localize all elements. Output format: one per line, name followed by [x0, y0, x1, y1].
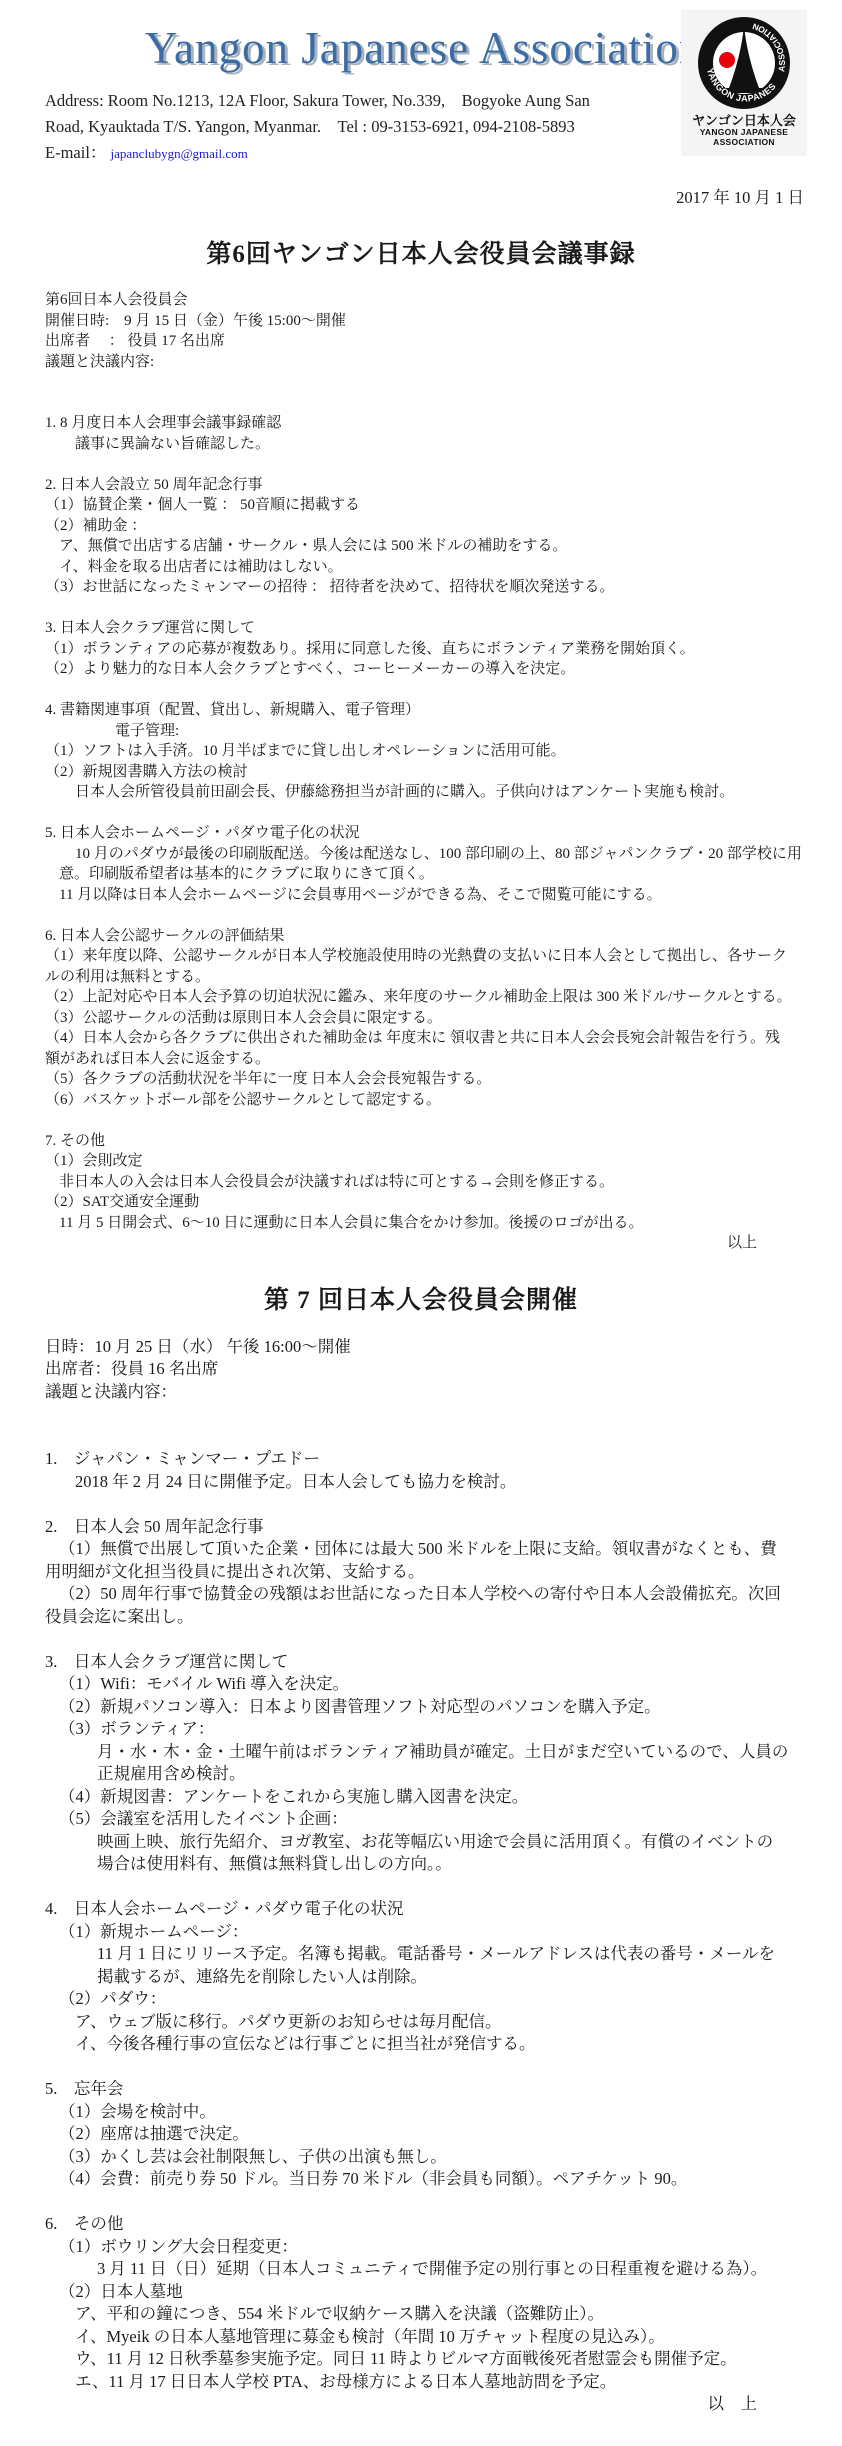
minutes-doc-6: 第6回ヤンゴン日本人会役員会議事録 第6回日本人会役員会開催日時: 9 月 15… [0, 234, 842, 1254]
blank-line [45, 1876, 802, 1899]
minutes-doc-7: 第 7 回日本人会役員会開催 日時：10 月 25 日（水） 午後 16:00～… [0, 1280, 842, 2416]
doc-line: 11 月以降は日本人会ホームページに会員専用ページができる為、そこで閲覧可能にす… [45, 885, 802, 906]
doc-line: （2）50 周年行事で協賛金の残額はお世話になった日本人学校への寄付や日本人会設… [45, 1583, 802, 1606]
doc-line: 掲載するが、連絡先を削除したい人は削除。 [45, 1966, 802, 1989]
doc-line: エ、11 月 17 日日本人学校 PTA、お母様方による日本人墓地訪問を予定。 [45, 2371, 802, 2394]
blank-line [45, 2056, 802, 2079]
doc-line: （1）ボランティアの応募が複数あり。採用に同意した後、直ちにボランティア業務を開… [45, 639, 802, 660]
blank-line [45, 1110, 802, 1131]
email-link[interactable]: japanclubygn@gmail.com [111, 146, 248, 161]
blank-line [45, 372, 802, 393]
doc-line: （3）お世話になったミャンマーの招待 ： 招待者を決めて、招待状を順次発送する。 [45, 577, 802, 598]
doc-line: 正規雇用含め検討。 [45, 1763, 802, 1786]
doc-line: 額があれば日本人会に返金する。 [45, 1049, 802, 1070]
doc-line: 4. 書籍関連事項（配置、貸出し、新規購入、電子管理） [45, 700, 802, 721]
doc-line: 日時：10 月 25 日（水） 午後 16:00～開催 [45, 1336, 802, 1359]
doc-line: （4）会費：前売り券 50 ドル。当日券 70 米ドル（非会員も同額）。ペアチケ… [45, 2168, 802, 2191]
doc-line: 6. その他 [45, 2213, 802, 2236]
doc-line: （1）会則改定 [45, 1151, 802, 1172]
doc-line: イ、料金を取る出店者には補助はしない。 [45, 557, 802, 578]
doc-line: 以上 [45, 1233, 802, 1254]
doc-line: 議題と決議内容： [45, 1381, 802, 1404]
association-emblem-icon: YANGON JAPANESE ASSOCIATION [694, 14, 794, 112]
doc-line: 5. 忘年会 [45, 2078, 802, 2101]
doc-line: （2）パダウ： [45, 1988, 802, 2011]
doc-line: 意。印刷版希望者は基本的にクラブに取りにきて頂く。 [45, 864, 802, 885]
doc-line: （1）新規ホームページ： [45, 1921, 802, 1944]
doc-line: （1）会場を検討中。 [45, 2101, 802, 2124]
doc1-title: 第6回ヤンゴン日本人会役員会議事録 [0, 234, 842, 270]
doc-line: （2）新規パソコン導入：日本より図書管理ソフト対応型のパソコンを購入予定。 [45, 1696, 802, 1719]
doc-line: （2）SAT交通安全運動 [45, 1192, 802, 1213]
doc-line: （2）補助金 ： [45, 516, 802, 537]
blank-line [45, 803, 802, 824]
doc-line: 3 月 11 日（日）延期（日本人コミュニティで開催予定の別行事との日程重複を避… [45, 2258, 802, 2281]
email-label: E-mail： [45, 143, 106, 162]
doc-line: 開催日時: 9 月 15 日（金）午後 15:00～開催 [45, 311, 802, 332]
doc-line: （2）上記対応や日本人会予算の切迫状況に鑑み、来年度のサークル補助金上限は 30… [45, 987, 802, 1008]
blank-line [45, 1628, 802, 1651]
doc-line: （3）公認サークルの活動は原則日本人会会員に限定する。 [45, 1008, 802, 1029]
address-line-1: Address: Room No.1213, 12A Floor, Sakura… [45, 88, 665, 114]
doc-line: （2）日本人墓地 [45, 2281, 802, 2304]
blank-line [45, 598, 802, 619]
doc-line: （1）来年度以降、公認サークルが日本人学校施設使用時の光熱費の支払いに日本人会と… [45, 946, 802, 967]
doc-line: 2018 年 2 月 24 日に開催予定。日本人会しても協力を検討。 [45, 1471, 802, 1494]
doc-line: 6. 日本人会公認サークルの評価結果 [45, 926, 802, 947]
blank-line [45, 393, 802, 414]
doc-line: （6）バスケットボール部を公認サークルとして認定する。 [45, 1090, 802, 1111]
doc-line: （3）ボランティア： [45, 1718, 802, 1741]
doc-line: 11 月 1 日にリリース予定。名簿も掲載。電話番号・メールアドレスは代表の番号… [45, 1943, 802, 1966]
blank-line [45, 905, 802, 926]
doc-line: 議題と決議内容: [45, 352, 802, 373]
doc-line: 用明細が文化担当役員に提出され次第、支給する。 [45, 1561, 802, 1584]
doc-line: 7. その他 [45, 1131, 802, 1152]
doc-line: 第6回日本人会役員会 [45, 290, 802, 311]
doc-line: 1. ジャパン・ミャンマー・プエドー [45, 1448, 802, 1471]
doc-line: 出席者 ： 役員 17 名出席 [45, 331, 802, 352]
doc-line: 2. 日本人会 50 周年記念行事 [45, 1516, 802, 1539]
doc-line: 1. 8 月度日本人会理事会議事録確認 [45, 413, 802, 434]
logo-japanese-name: ヤンゴン日本人会 [692, 114, 796, 128]
document-date: 2017 年 10 月 1 日 [0, 184, 842, 208]
blank-line [45, 454, 802, 475]
doc-line: ア、無償で出店する店舗・サークル・県人会には 500 米ドルの補助をする。 [45, 536, 802, 557]
blank-line [45, 1426, 802, 1449]
blank-line [45, 2191, 802, 2214]
association-logo: YANGON JAPANESE ASSOCIATION ヤンゴン日本人会 YAN… [681, 10, 807, 156]
doc-line: ア、ウェブ版に移行。パダウ更新のお知らせは毎月配信。 [45, 2011, 802, 2034]
blank-line [45, 1493, 802, 1516]
doc-line: （5）会議室を活用したイベント企画： [45, 1808, 802, 1831]
doc1-body: 第6回日本人会役員会開催日時: 9 月 15 日（金）午後 15:00～開催出席… [0, 290, 842, 1254]
doc2-title: 第 7 回日本人会役員会開催 [0, 1280, 842, 1316]
doc-line: （4）日本人会から各クラブに供出された補助金は 年度末に 領収書と共に日本人会会… [45, 1028, 802, 1049]
doc-line: 4. 日本人会ホームページ・パダウ電子化の状況 [45, 1898, 802, 1921]
doc-line: 議事に異論ない旨確認した。 [45, 434, 802, 455]
doc-line: 日本人会所管役員前田副会長、伊藤総務担当が計画的に購入。子供向けはアンケート実施… [45, 782, 802, 803]
doc-line: （4）新規図書：アンケートをこれから実施し購入図書を決定。 [45, 1786, 802, 1809]
doc-line: （1）Wifi：モバイル Wifi 導入を決定。 [45, 1673, 802, 1696]
address-line-2: Road, Kyauktada T/S. Yangon, Myanmar. Te… [45, 114, 665, 140]
doc-line: （2）新規図書購入方法の検討 [45, 762, 802, 783]
doc-line: （3）かくし芸は会社制限無し、子供の出演も無し。 [45, 2146, 802, 2169]
doc-line: 11 月 5 日開会式、6～10 日に運動に日本人会員に集合をかけ参加。後援のロ… [45, 1213, 802, 1234]
doc-line: 10 月のパダウが最後の印刷版配送。今後は配送なし、100 部印刷の上、80 部… [45, 844, 802, 865]
doc-line: 以 上 [45, 2393, 802, 2416]
doc-line: （1）無償で出展して頂いた企業・団体には最大 500 米ドルを上限に支給。領収書… [45, 1538, 802, 1561]
logo-english-name-line2: ASSOCIATION [713, 138, 775, 148]
letterhead: Yangon Japanese Association YANGON JAPAN… [0, 8, 842, 178]
doc-line: 場合は使用料有、無償は無料貸し出しの方向。。 [45, 1853, 802, 1876]
doc-line: ルの利用は無料とする。 [45, 967, 802, 988]
doc-line: （5）各クラブの活動状況を半年に一度 日本人会会長宛報告する。 [45, 1069, 802, 1090]
blank-line [45, 1403, 802, 1426]
doc-line: 2. 日本人会設立 50 周年記念行事 [45, 475, 802, 496]
doc-line: 5. 日本人会ホームページ・パダウ電子化の状況 [45, 823, 802, 844]
doc-line: 電子管理: [45, 721, 802, 742]
doc-line: イ、今後各種行事の宣伝などは行事ごとに担当社が発信する。 [45, 2033, 802, 2056]
doc-line: 3. 日本人会クラブ運営に関して [45, 618, 802, 639]
document-page: Yangon Japanese Association YANGON JAPAN… [0, 0, 842, 2446]
doc-line: （1）ボウリング大会日程変更： [45, 2236, 802, 2259]
doc-line: 出席者：役員 16 名出席 [45, 1358, 802, 1381]
doc-line: ア、平和の鐘につき、554 米ドルで収納ケース購入を決議（盗難防止）。 [45, 2303, 802, 2326]
doc-line: （2）座席は抽選で決定。 [45, 2123, 802, 2146]
blank-line [45, 680, 802, 701]
doc-line: 月・水・木・金・土曜午前はボランティア補助員が確定。土日がまだ空いているので、人… [45, 1741, 802, 1764]
doc-line: 非日本人の入会は日本人会役員会が決議すればは特に可とする→会則を修正する。 [45, 1172, 802, 1193]
doc-line: （2）より魅力的な日本人会クラブとすべく、コーヒーメーカーの導入を決定。 [45, 659, 802, 680]
doc-line: ウ、11 月 12 日秋季墓参実施予定。同日 11 時よりビルマ方面戦後死者慰霊… [45, 2348, 802, 2371]
doc-line: 3. 日本人会クラブ運営に関して [45, 1651, 802, 1674]
doc-line: （1）ソフトは入手済。10 月半ばまでに貸し出しオペレーションに活用可能。 [45, 741, 802, 762]
doc-line: 役員会迄に案出し。 [45, 1606, 802, 1629]
doc-line: 映画上映、旅行先紹介、ヨガ教室、お花等幅広い用途で会員に活用頂く。有償のイベント… [45, 1831, 802, 1854]
doc-line: （1）協賛企業・個人一覧 ： 50音順に掲載する [45, 495, 802, 516]
doc-line: イ、Myeik の日本人墓地管理に募金も検討（年間 10 万チャット程度の見込み… [45, 2326, 802, 2349]
doc2-body: 日時：10 月 25 日（水） 午後 16:00～開催出席者：役員 16 名出席… [0, 1336, 842, 2416]
